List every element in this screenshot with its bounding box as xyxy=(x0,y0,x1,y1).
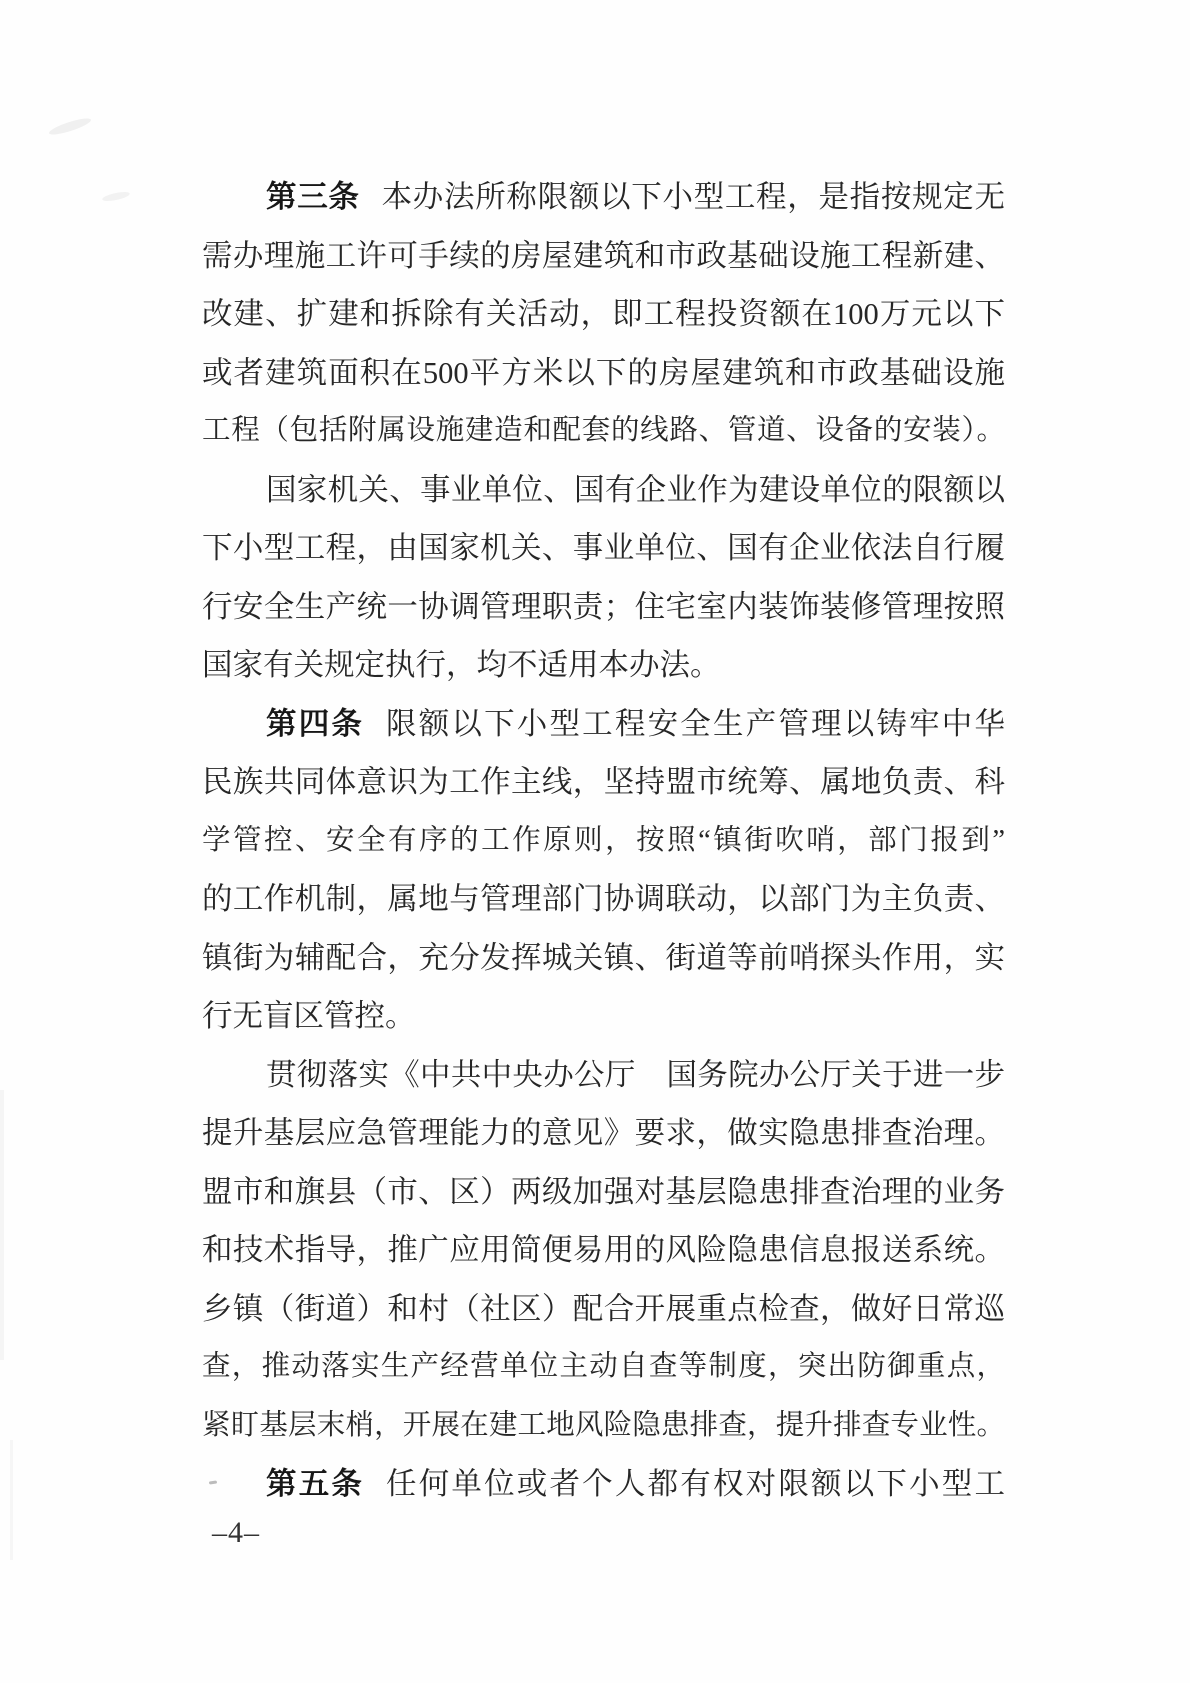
line-text: 国家机关、事业单位、国有企业作为建设单位的限额以 xyxy=(266,473,1005,507)
document-line: 国家机关、事业单位、国有企业作为建设单位的限额以 xyxy=(202,461,1005,520)
document-line: 第五条任何单位或者个人都有权对限额以下小型工 xyxy=(202,1455,1005,1514)
document-line: 学管控、安全有序的工作原则，按照“镇街吹哨，部门报到” xyxy=(202,812,1005,871)
document-line: 行安全生产统一协调管理职责；住宅室内装饰装修管理按照 xyxy=(202,578,1005,637)
document-line: 改建、扩建和拆除有关活动，即工程投资额在100万元以下 xyxy=(202,285,1005,344)
article-number-heading: 第三条 xyxy=(266,180,360,214)
line-text: 限额以下小型工程安全生产管理以铸牢中华 xyxy=(386,707,1005,741)
line-text: 或者建筑面积在500平方米以下的房屋建筑和市政基础设施 xyxy=(202,356,1005,390)
line-text: 国家有关规定执行，均不适用本办法。 xyxy=(202,648,721,682)
article-4-paragraph-2: 贯彻落实《中共中央办公厅 国务院办公厅关于进一步 提升基层应急管理能力的意见》要… xyxy=(202,1046,1005,1456)
line-text: 需办理施工许可手续的房屋建筑和市政基础设施工程新建、 xyxy=(202,239,1005,273)
line-text: 下小型工程，由国家机关、事业单位、国有企业依法自行履 xyxy=(202,531,1005,565)
document-body: 第三条本办法所称限额以下小型工程，是指按规定无 需办理施工许可手续的房屋建筑和市… xyxy=(202,168,1005,1514)
scan-artifact xyxy=(0,1090,4,1360)
line-text: 的工作机制，属地与管理部门协调联动，以部门为主负责、 xyxy=(202,882,1005,916)
article-3-paragraph-2: 国家机关、事业单位、国有企业作为建设单位的限额以 下小型工程，由国家机关、事业单… xyxy=(202,461,1005,695)
line-text: 紧盯基层末梢，开展在建工地风险隐患排查，提升排查专业性。 xyxy=(202,1410,1005,1441)
document-line: 查，推动落实生产经营单位主动自查等制度，突出防御重点， xyxy=(202,1338,1005,1397)
line-text: 盟市和旗县（市、区）两级加强对基层隐患排查治理的业务 xyxy=(202,1175,1005,1209)
article-5-paragraph: 第五条任何单位或者个人都有权对限额以下小型工 xyxy=(202,1455,1005,1514)
line-text: 工程（包括附属设施建造和配套的线路、管道、设备的安装）。 xyxy=(202,415,1005,446)
scan-artifact xyxy=(10,1440,13,1560)
document-line: 或者建筑面积在500平方米以下的房屋建筑和市政基础设施 xyxy=(202,344,1005,403)
line-text: 提升基层应急管理能力的意见》要求，做实隐患排查治理。 xyxy=(202,1116,1005,1150)
line-text: 行无盲区管控。 xyxy=(202,999,416,1033)
document-line: 提升基层应急管理能力的意见》要求，做实隐患排查治理。 xyxy=(202,1104,1005,1163)
document-line: 第四条限额以下小型工程安全生产管理以铸牢中华 xyxy=(202,695,1005,754)
document-line: 下小型工程，由国家机关、事业单位、国有企业依法自行履 xyxy=(202,519,1005,578)
document-line: 国家有关规定执行，均不适用本办法。 xyxy=(202,636,1005,695)
line-text: 改建、扩建和拆除有关活动，即工程投资额在100万元以下 xyxy=(202,297,1005,331)
document-line: 需办理施工许可手续的房屋建筑和市政基础设施工程新建、 xyxy=(202,227,1005,286)
document-line: 行无盲区管控。 xyxy=(202,987,1005,1046)
document-line: 第三条本办法所称限额以下小型工程，是指按规定无 xyxy=(202,168,1005,227)
article-4-paragraph: 第四条限额以下小型工程安全生产管理以铸牢中华 民族共同体意识为工作主线，坚持盟市… xyxy=(202,695,1005,1046)
document-line: 镇街为辅配合，充分发挥城关镇、街道等前哨探头作用，实 xyxy=(202,929,1005,988)
line-text: 贯彻落实《中共中央办公厅 国务院办公厅关于进一步 xyxy=(266,1058,1005,1092)
scan-artifact xyxy=(48,115,93,137)
line-text: 学管控、安全有序的工作原则，按照“镇街吹哨，部门报到” xyxy=(202,825,1005,856)
page-number: –4– xyxy=(212,1516,260,1550)
line-text: 查，推动落实生产经营单位主动自查等制度，突出防御重点， xyxy=(202,1351,1005,1382)
line-text: 乡镇（街道）和村（社区）配合开展重点检查，做好日常巡 xyxy=(202,1292,1005,1326)
line-text: 民族共同体意识为工作主线，坚持盟市统筹、属地负责、科 xyxy=(202,765,1005,799)
document-line: 和技术指导，推广应用简便易用的风险隐患信息报送系统。 xyxy=(202,1221,1005,1280)
scan-artifact xyxy=(102,190,131,203)
line-text: 本办法所称限额以下小型工程，是指按规定无 xyxy=(382,180,1005,214)
document-line: 乡镇（街道）和村（社区）配合开展重点检查，做好日常巡 xyxy=(202,1280,1005,1339)
document-line: 民族共同体意识为工作主线，坚持盟市统筹、属地负责、科 xyxy=(202,753,1005,812)
line-text: 镇街为辅配合，充分发挥城关镇、街道等前哨探头作用，实 xyxy=(202,941,1005,975)
line-text: 任何单位或者个人都有权对限额以下小型工 xyxy=(386,1467,1005,1501)
document-line: 贯彻落实《中共中央办公厅 国务院办公厅关于进一步 xyxy=(202,1046,1005,1105)
line-text: 和技术指导，推广应用简便易用的风险隐患信息报送系统。 xyxy=(202,1233,1005,1267)
document-page: 第三条本办法所称限额以下小型工程，是指按规定无 需办理施工许可手续的房屋建筑和市… xyxy=(0,0,1190,1683)
document-line: 工程（包括附属设施建造和配套的线路、管道、设备的安装）。 xyxy=(202,402,1005,461)
document-line: 盟市和旗县（市、区）两级加强对基层隐患排查治理的业务 xyxy=(202,1163,1005,1222)
article-number-heading: 第五条 xyxy=(266,1467,364,1501)
document-line: 紧盯基层末梢，开展在建工地风险隐患排查，提升排查专业性。 xyxy=(202,1397,1005,1456)
article-3-paragraph: 第三条本办法所称限额以下小型工程，是指按规定无 需办理施工许可手续的房屋建筑和市… xyxy=(202,168,1005,461)
article-number-heading: 第四条 xyxy=(266,707,364,741)
document-line: 的工作机制，属地与管理部门协调联动，以部门为主负责、 xyxy=(202,870,1005,929)
line-text: 行安全生产统一协调管理职责；住宅室内装饰装修管理按照 xyxy=(202,590,1005,624)
